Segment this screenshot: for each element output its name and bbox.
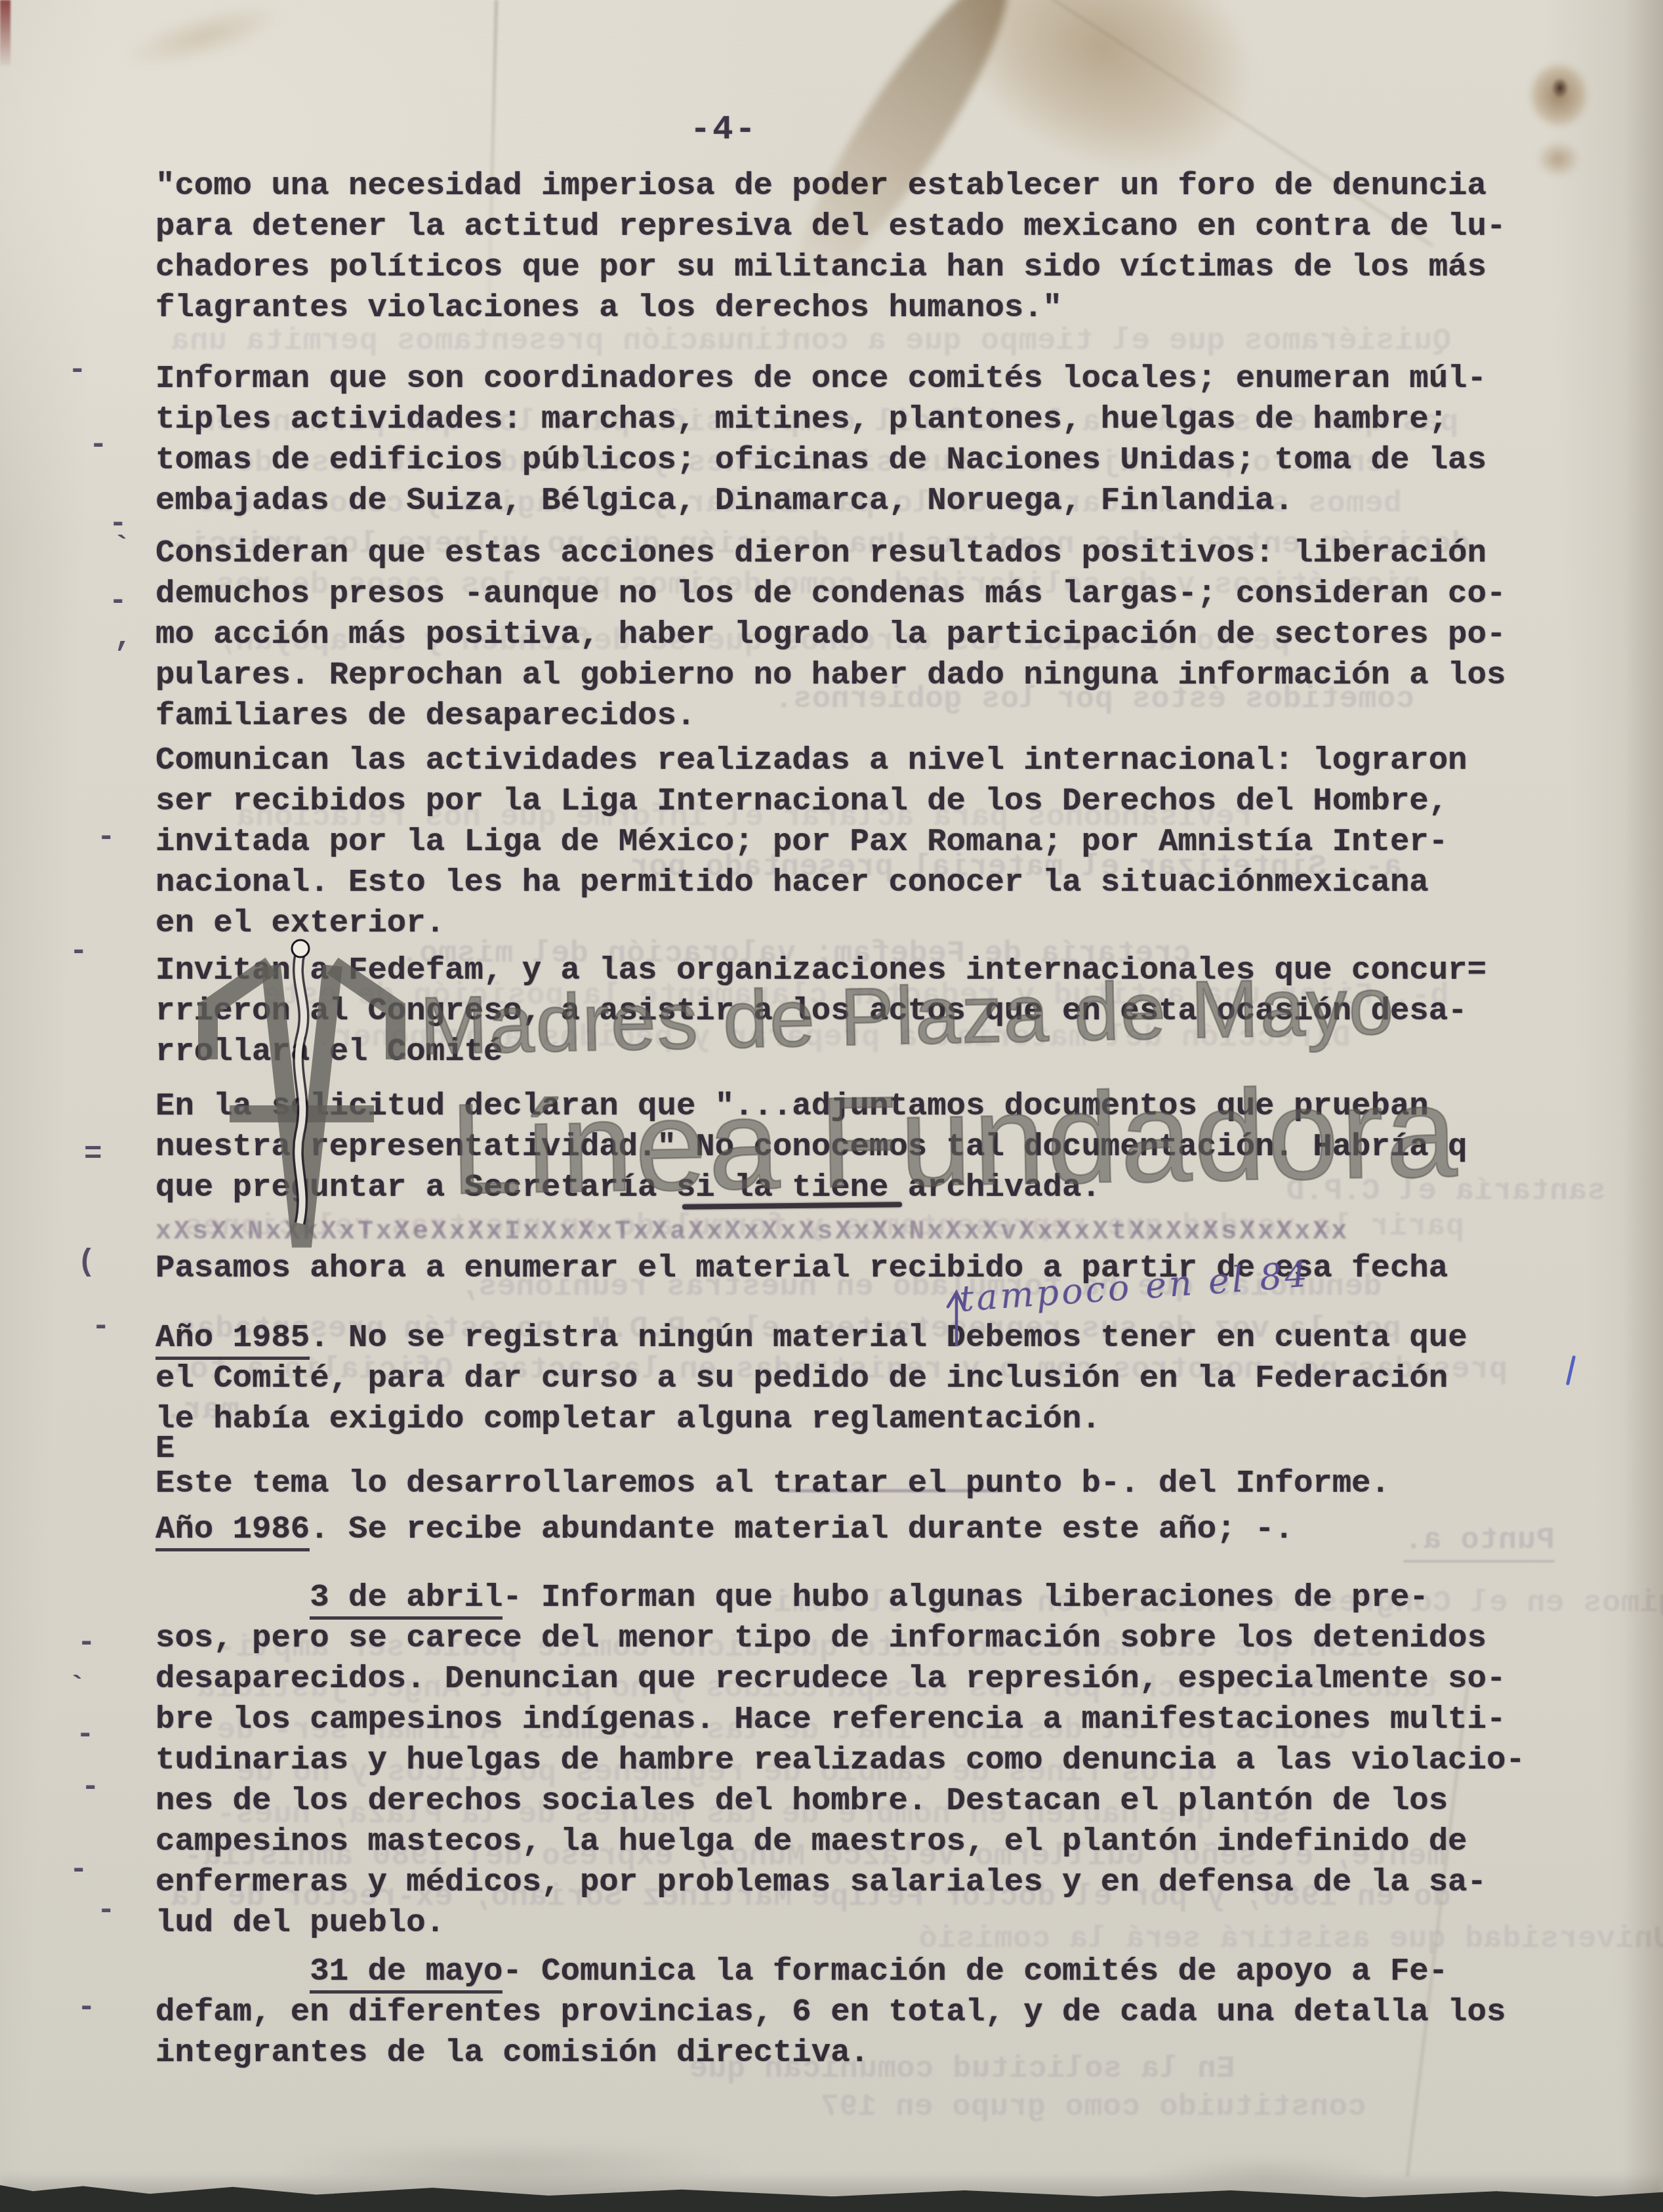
handwritten-margin-mark: ( (77, 1245, 96, 1279)
handwritten-margin-mark: - (77, 1626, 96, 1660)
handwritten-margin-mark: = (84, 1137, 102, 1172)
handwritten-margin-mark: - (70, 934, 88, 968)
handwritten-margin-mark: - (97, 1893, 115, 1927)
handwritten-arrow-icon (942, 1287, 971, 1347)
margin-marks-layer: ---`-,--=(--`----- (0, 0, 1663, 2212)
handwritten-margin-mark: - (92, 1309, 110, 1343)
handwritten-margin-mark: ` (113, 531, 131, 565)
scanned-document-page: Quisiéramos que el tiempo que a continua… (0, 0, 1663, 2212)
handwritten-margin-mark: - (76, 1717, 94, 1751)
handwritten-margin-mark: - (77, 1990, 96, 2024)
handwritten-margin-mark: - (109, 584, 127, 618)
handwritten-margin-mark: - (97, 820, 115, 854)
handwritten-margin-mark: - (89, 428, 108, 462)
handwritten-margin-mark: - (70, 1853, 88, 1887)
handwritten-margin-mark: - (68, 353, 87, 387)
handwritten-margin-mark: - (81, 1770, 100, 1804)
handwritten-margin-mark: ` (68, 1671, 87, 1706)
handwritten-margin-mark: , (114, 621, 133, 655)
